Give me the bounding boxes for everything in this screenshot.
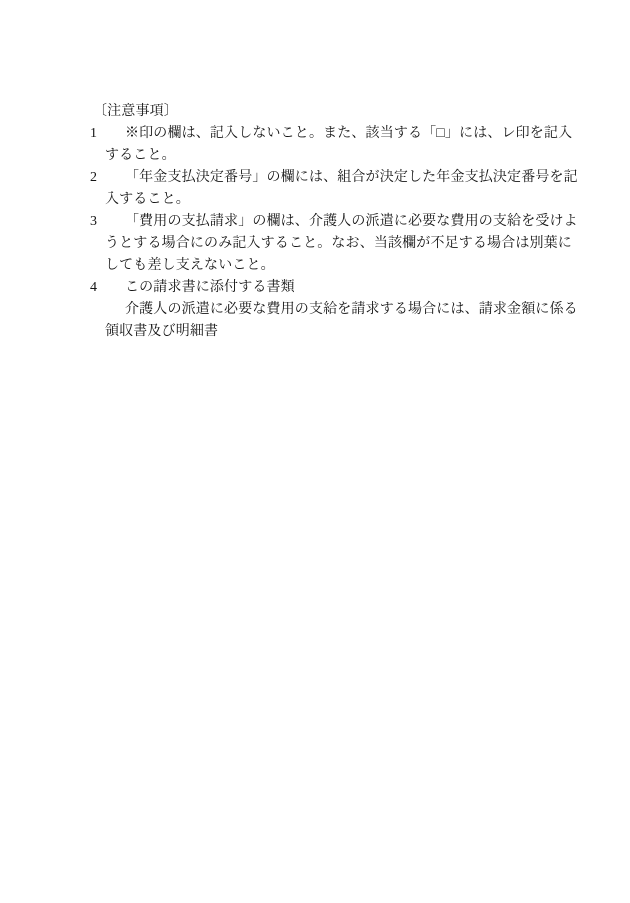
note-item-number: 4 (90, 277, 110, 299)
note-line-text: 〔注意事項〕 (93, 104, 178, 119)
note-line: 入すること。 (0, 189, 630, 211)
note-line: しても差し支えないこと。 (0, 255, 630, 277)
note-line-text: この請求書に添付する書類 (125, 280, 295, 295)
note-line-text: ※印の欄は、記入しないこと。また、該当する「□」には、レ印を記入 (125, 126, 572, 141)
note-item-number: 2 (90, 167, 110, 189)
note-line: 4この請求書に添付する書類 (0, 277, 630, 299)
note-line: すること。 (0, 145, 630, 167)
note-line: 領収書及び明細書 (0, 321, 630, 343)
note-line-text: すること。 (105, 148, 176, 163)
note-line: 介護人の派遣に必要な費用の支給を請求する場合には、請求金額に係る (0, 299, 630, 321)
note-line: 1※印の欄は、記入しないこと。また、該当する「□」には、レ印を記入 (0, 123, 630, 145)
note-line-text: しても差し支えないこと。 (105, 258, 275, 273)
note-line-text: 介護人の派遣に必要な費用の支給を請求する場合には、請求金額に係る (125, 302, 578, 317)
note-line-text: 「費用の支払請求」の欄は、介護人の派遣に必要な費用の支給を受けよ (125, 214, 578, 229)
note-line: うとする場合にのみ記入すること。なお、当該欄が不足する場合は別葉に (0, 233, 630, 255)
notes-section: 〔注意事項〕1※印の欄は、記入しないこと。また、該当する「□」には、レ印を記入す… (0, 101, 630, 343)
note-line-text: 入すること。 (105, 192, 190, 207)
document-page: 〔注意事項〕1※印の欄は、記入しないこと。また、該当する「□」には、レ印を記入す… (0, 0, 630, 903)
note-item-number: 1 (90, 123, 110, 145)
note-line-text: うとする場合にのみ記入すること。なお、当該欄が不足する場合は別葉に (105, 236, 572, 251)
notes-heading: 〔注意事項〕 (0, 101, 630, 123)
note-line: 2「年金支払決定番号」の欄には、組合が決定した年金支払決定番号を記 (0, 167, 630, 189)
note-line: 3「費用の支払請求」の欄は、介護人の派遣に必要な費用の支給を受けよ (0, 211, 630, 233)
note-item-number: 3 (90, 211, 110, 233)
note-line-text: 領収書及び明細書 (105, 324, 218, 339)
note-line-text: 「年金支払決定番号」の欄には、組合が決定した年金支払決定番号を記 (125, 170, 578, 185)
